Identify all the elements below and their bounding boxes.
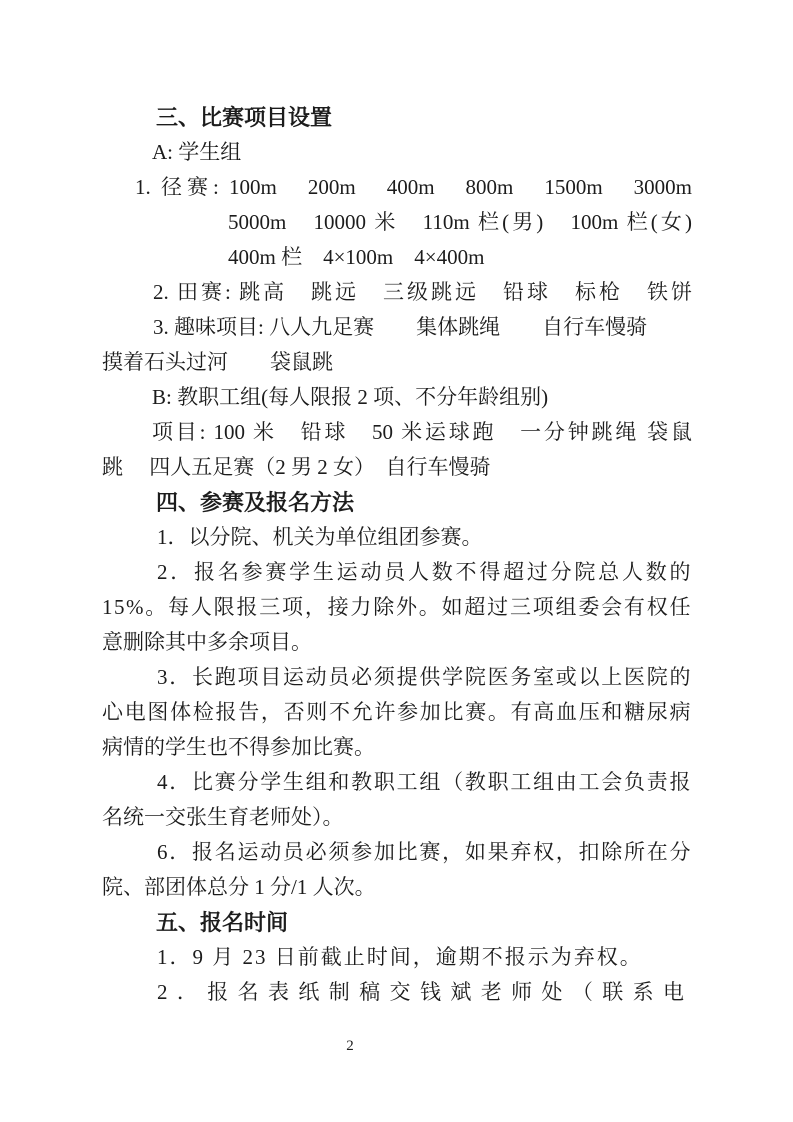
document-page: 三、比赛项目设置 A: 学生组 1. 径赛: 100m 200m 400m 80… <box>0 0 793 1122</box>
line-track-events-cont-2: 400m 栏 4×100m 4×400m <box>102 240 692 275</box>
line-time-1: 1．9 月 23 日前截止时间，逾期不报示为弃权。 <box>102 940 692 975</box>
line-staff-events: 项目: 100 米 铅球 50 米运球跑 一分钟跳绳 袋鼠 <box>102 415 692 450</box>
heading-registration-time: 五、报名时间 <box>102 905 692 940</box>
line-method-3-cont-2: 病情的学生也不得参加比赛。 <box>102 730 692 765</box>
line-track-events: 1. 径赛: 100m 200m 400m 800m 1500m 3000m <box>102 170 692 205</box>
line-track-events-cont-1: 5000m 10000 米 110m 栏(男) 100m 栏(女) <box>102 205 692 240</box>
line-fun-events-cont: 摸着石头过河 袋鼠跳 <box>102 345 692 380</box>
line-method-2-cont-2: 意删除其中多余项目。 <box>102 625 692 660</box>
line-method-2: 2．报名参赛学生运动员人数不得超过分院总人数的 <box>102 555 692 590</box>
line-method-1: 1．以分院、机关为单位组团参赛。 <box>102 520 692 555</box>
line-method-2-cont-1: 15%。每人限报三项，接力除外。如超过三项组委会有权任 <box>102 590 692 625</box>
line-method-4: 4．比赛分学生组和教职工组（教职工组由工会负责报 <box>102 765 692 800</box>
line-method-3: 3．长跑项目运动员必须提供学院医务室或以上医院的 <box>102 660 692 695</box>
line-time-2: 2．报名表纸制稿交钱斌老师处（联系电话 <box>102 975 692 1010</box>
line-method-6: 6．报名运动员必须参加比赛，如果弃权，扣除所在分 <box>102 835 692 870</box>
page-number: 2 <box>280 1036 420 1056</box>
line-field-events: 2. 田赛: 跳高 跳远 三级跳远 铅球 标枪 铁饼 <box>102 275 692 310</box>
line-method-4-cont: 名统一交张生育老师处）。 <box>102 800 692 835</box>
line-method-3-cont-1: 心电图体检报告，否则不允许参加比赛。有高血压和糖尿病 <box>102 695 692 730</box>
heading-events-setup: 三、比赛项目设置 <box>102 100 692 135</box>
line-staff-events-cont: 跳 四人五足赛（2 男 2 女） 自行车慢骑 <box>102 450 692 485</box>
line-method-6-cont: 院、部团体总分 1 分/1 人次。 <box>102 870 692 905</box>
heading-registration-method: 四、参赛及报名方法 <box>102 485 692 520</box>
line-group-b-label: B: 教职工组(每人限报 2 项、不分年龄组别) <box>102 380 692 415</box>
line-group-a-label: A: 学生组 <box>102 135 692 170</box>
line-fun-events: 3. 趣味项目: 八人九足赛 集体跳绳 自行车慢骑 <box>102 310 692 345</box>
document-body: 三、比赛项目设置 A: 学生组 1. 径赛: 100m 200m 400m 80… <box>102 100 692 1010</box>
